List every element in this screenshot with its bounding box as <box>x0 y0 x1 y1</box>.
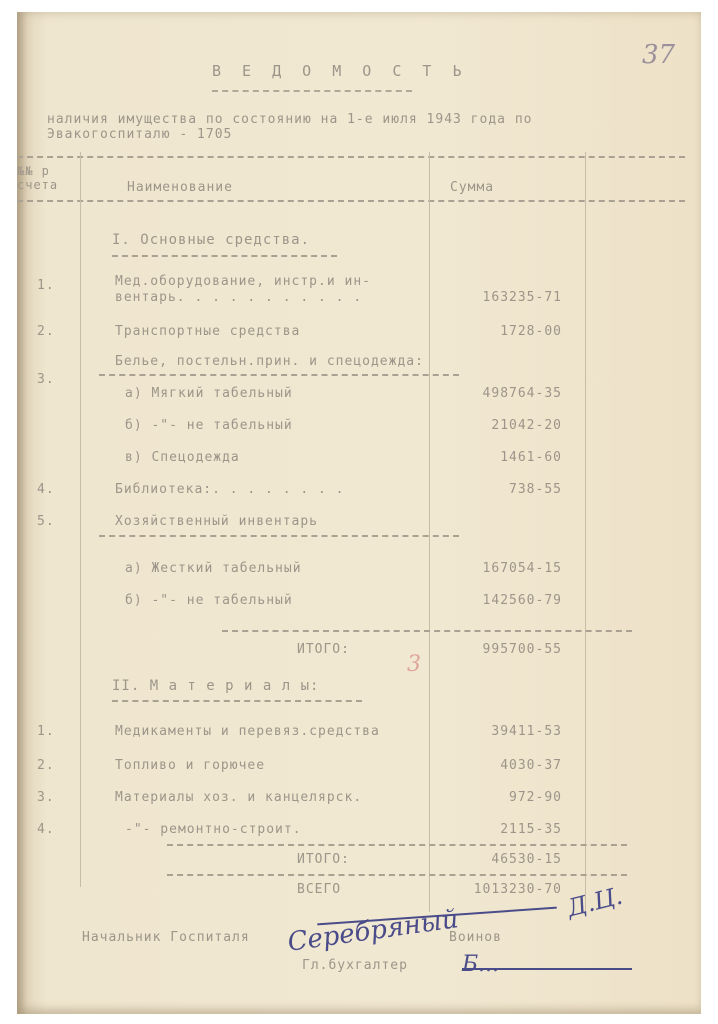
row-sum: 738-55 <box>412 482 562 497</box>
row-name: б) -"- не табельный <box>125 593 293 608</box>
section2-title: II. М а т е р и а л ы: <box>112 678 319 694</box>
row-sum: 167054-15 <box>412 561 562 576</box>
row-name: Библиотека:. . . . . . . . <box>115 482 345 497</box>
subtitle-line-1: наличия имущества по состоянию на 1-е ию… <box>47 112 532 127</box>
row-sum: 498764-35 <box>412 386 562 401</box>
row-number: 2. <box>37 758 55 773</box>
subtotal-rule <box>167 844 627 846</box>
row-number: 1. <box>37 278 55 293</box>
row-name: Медикаменты и перевяз.средства <box>115 724 380 739</box>
header-number-line2: счета <box>17 178 58 192</box>
section1-title: I. Основные средства. <box>112 232 310 248</box>
subtotal-rule <box>222 630 632 632</box>
accountant-signature-stroke <box>462 968 632 970</box>
row-number: 3. <box>37 372 55 387</box>
header-name: Наименование <box>127 180 233 195</box>
column-divider-num <box>80 152 81 887</box>
row-number: 3. <box>37 790 55 805</box>
header-number-line1: №№ р <box>17 164 50 178</box>
row-sum: 1461-60 <box>412 450 562 465</box>
row-name: Мед.оборудование, инстр.и ин- <box>115 274 371 289</box>
row-name: Топливо и горючее <box>115 758 265 773</box>
row-sum: 1728-00 <box>412 324 562 339</box>
subgroup-rule <box>99 535 459 537</box>
accountant-signature: Б... <box>462 952 499 977</box>
section1-total-sum: 995700-55 <box>412 642 562 657</box>
row-name: б) -"- не табельный <box>125 418 293 433</box>
row-number: 4. <box>37 822 55 837</box>
row-sum: 2115-35 <box>412 822 562 837</box>
row-name: Транспортные средства <box>115 324 300 339</box>
head-signature: Серебряный <box>286 904 461 958</box>
section1-total-label: ИТОГО: <box>297 642 350 657</box>
row-name: а) Жесткий табельный <box>125 561 302 576</box>
row-number: 1. <box>37 724 55 739</box>
header-sum: Сумма <box>450 180 494 195</box>
row-name-cont: вентарь. . . . . . . . . . . <box>115 290 362 305</box>
row-name: Белье, постельн.прин. и спецодежда: <box>115 354 424 369</box>
row-name: Хозяйственный инвентарь <box>115 514 318 529</box>
head-name: Воинов <box>449 930 502 945</box>
row-name: Материалы хоз. и канцелярск. <box>115 790 362 805</box>
row-name: -"- ремонтно-строит. <box>125 822 302 837</box>
row-number: 2. <box>37 324 55 339</box>
document-title: В Е Д О М О С Т Ь <box>212 62 468 80</box>
head-of-hospital-label: Начальник Госпиталя <box>82 930 250 945</box>
chief-accountant-label: Гл.бухгалтер <box>302 958 408 973</box>
grand-total-sum: 1013230-70 <box>412 882 562 897</box>
row-number: 4. <box>37 482 55 497</box>
row-sum: 39411-53 <box>412 724 562 739</box>
row-name: в) Спецодежда <box>125 450 240 465</box>
row-sum: 142560-79 <box>412 593 562 608</box>
title-underline <box>212 90 412 92</box>
folio-number: 37 <box>642 40 675 70</box>
grand-total-rule <box>167 874 627 876</box>
row-number: 5. <box>37 514 55 529</box>
section2-total-sum: 46530-15 <box>412 852 562 867</box>
section2-underline <box>112 700 362 702</box>
document-page: 37 В Е Д О М О С Т Ь наличия имущества п… <box>17 12 701 1014</box>
section1-underline <box>112 255 337 257</box>
row-sum: 972-90 <box>412 790 562 805</box>
subtitle-line-2: Эвакогоспиталю - 1705 <box>47 127 232 142</box>
head-initials: Д.Ц. <box>564 882 625 923</box>
column-divider-right <box>585 152 586 912</box>
row-sum: 21042-20 <box>412 418 562 433</box>
row-sum: 4030-37 <box>412 758 562 773</box>
subgroup-rule <box>99 374 459 376</box>
grand-total-label: ВСЕГО <box>297 882 341 897</box>
section2-total-label: ИТОГО: <box>297 852 350 867</box>
row-sum: 163235-71 <box>412 290 562 305</box>
row-name: а) Мягкий табельный <box>125 386 293 401</box>
